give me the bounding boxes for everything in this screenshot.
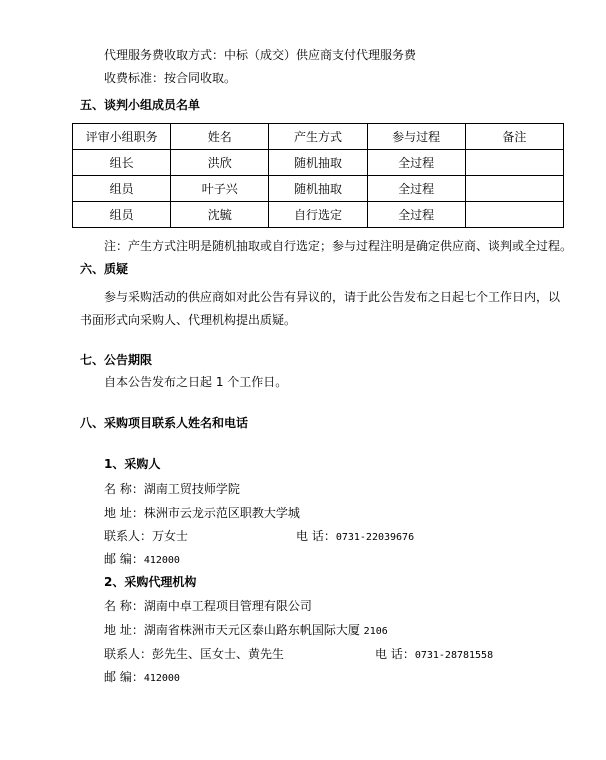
table-header-cell: 评审小组职务 [73, 124, 171, 150]
table-cell: 组员 [73, 176, 171, 202]
purchaser-name-label: 名 称： [104, 482, 144, 496]
table-cell: 自行选定 [269, 202, 367, 228]
agency-phone-row: 电 话：0731-28781558 [375, 646, 493, 664]
agency-phone: 0731-28781558 [415, 650, 493, 661]
agency-phone-label: 电 话： [375, 647, 415, 661]
table-header-row: 评审小组职务 姓名 产生方式 参与过程 备注 [73, 124, 564, 150]
purchaser-contact-row: 联系人：万女士 [104, 528, 188, 544]
agency-address-label: 地 址： [104, 623, 144, 637]
agency-contact-label: 联系人： [104, 647, 152, 661]
table-cell: 洪欣 [171, 150, 269, 176]
agency-contact: 彭先生、匡女士、黄先生 [152, 647, 284, 661]
purchaser-postcode-row: 邮 编：412000 [104, 551, 180, 569]
table-cell: 全过程 [367, 176, 465, 202]
table-cell: 全过程 [367, 150, 465, 176]
section7-heading: 七、公告期限 [80, 352, 152, 368]
table-cell: 叶子兴 [171, 176, 269, 202]
table-header-cell: 备注 [465, 124, 563, 150]
section7-text: 自本公告发布之日起 1 个工作日。 [104, 374, 287, 390]
section5-heading: 五、谈判小组成员名单 [80, 97, 200, 113]
section6-heading: 六、质疑 [80, 261, 128, 277]
table-cell [465, 202, 563, 228]
fee-standard-text: 收费标准：按合同收取。 [104, 70, 236, 86]
section6-paragraph-line1: 参与采购活动的供应商如对此公告有异议的，请于此公告发布之日起七个工作日内，以 [104, 289, 560, 305]
table-header-cell: 姓名 [171, 124, 269, 150]
purchaser-name-row: 名 称：湖南工贸技师学院 [104, 481, 240, 497]
purchaser-address: 株洲市云龙示范区职教大学城 [144, 506, 300, 520]
table-header-cell: 产生方式 [269, 124, 367, 150]
table-row: 组员 沈毓 自行选定 全过程 [73, 202, 564, 228]
purchaser-phone-label: 电 话： [296, 529, 336, 543]
agency-name: 湖南中卓工程项目管理有限公司 [144, 599, 312, 613]
agency-address-row: 地 址：湖南省株洲市天元区泰山路东帆国际大厦 2106 [104, 622, 388, 640]
agency-name-row: 名 称：湖南中卓工程项目管理有限公司 [104, 598, 312, 614]
agency-contact-row: 联系人：彭先生、匡女士、黄先生 [104, 646, 284, 662]
table-cell: 随机抽取 [269, 150, 367, 176]
purchaser-postcode-label: 邮 编： [104, 552, 144, 566]
purchaser-heading: 1、采购人 [104, 456, 160, 472]
purchaser-postcode: 412000 [144, 555, 180, 566]
agency-address: 湖南省株洲市天元区泰山路东帆国际大厦 [144, 623, 360, 637]
purchaser-name: 湖南工贸技师学院 [144, 482, 240, 496]
agency-postcode: 412000 [144, 673, 180, 684]
table-cell: 组长 [73, 150, 171, 176]
table-header-cell: 参与过程 [367, 124, 465, 150]
agency-postcode-label: 邮 编： [104, 670, 144, 684]
agency-name-label: 名 称： [104, 599, 144, 613]
table-row: 组长 洪欣 随机抽取 全过程 [73, 150, 564, 176]
table-note: 注：产生方式注明是随机抽取或自行选定；参与过程注明是确定供应商、谈判或全过程。 [104, 238, 572, 254]
fee-method-text: 代理服务费收取方式：中标（成交）供应商支付代理服务费 [104, 47, 416, 63]
table-cell: 全过程 [367, 202, 465, 228]
agency-postcode-row: 邮 编：412000 [104, 669, 180, 687]
agency-address-number: 2106 [364, 626, 388, 637]
agency-heading: 2、采购代理机构 [104, 574, 196, 590]
table-row: 组员 叶子兴 随机抽取 全过程 [73, 176, 564, 202]
table-cell: 随机抽取 [269, 176, 367, 202]
panel-members-table: 评审小组职务 姓名 产生方式 参与过程 备注 组长 洪欣 随机抽取 全过程 组员… [72, 123, 564, 228]
table-cell [465, 176, 563, 202]
table-cell: 组员 [73, 202, 171, 228]
purchaser-contact-label: 联系人： [104, 529, 152, 543]
table-cell [465, 150, 563, 176]
purchaser-phone: 0731-22039676 [336, 532, 414, 543]
purchaser-address-label: 地 址： [104, 506, 144, 520]
purchaser-address-row: 地 址：株洲市云龙示范区职教大学城 [104, 505, 300, 521]
purchaser-phone-row: 电 话：0731-22039676 [296, 528, 414, 546]
section8-heading: 八、采购项目联系人姓名和电话 [80, 415, 248, 431]
section6-paragraph-line2: 书面形式向采购人、代理机构提出质疑。 [80, 312, 296, 328]
table-cell: 沈毓 [171, 202, 269, 228]
purchaser-contact: 万女士 [152, 529, 188, 543]
